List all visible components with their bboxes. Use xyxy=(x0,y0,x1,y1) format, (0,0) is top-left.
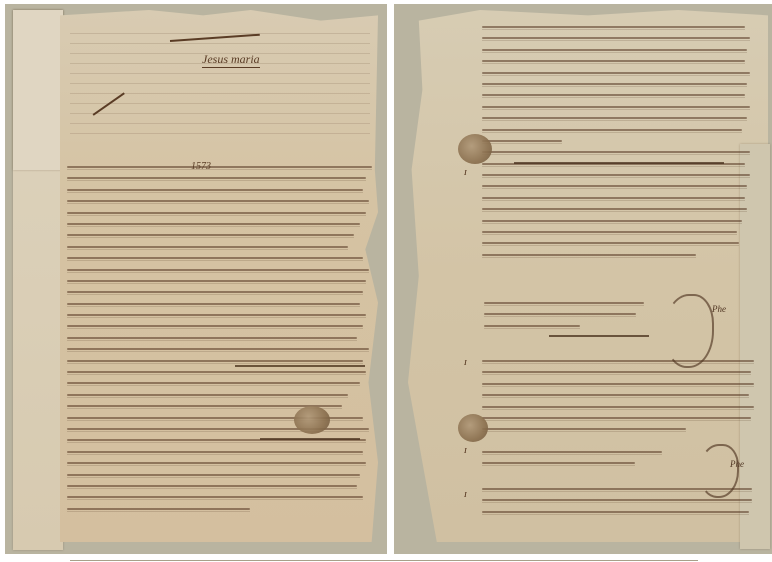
section-rule xyxy=(514,162,724,164)
right-handwritten-text-top xyxy=(482,26,750,265)
right-text-block-2 xyxy=(484,302,644,336)
section-rule xyxy=(549,335,649,337)
right-manuscript-photo: Phe Phe ɪ ɪ ɪ ɪ xyxy=(394,4,772,554)
signature: Phe xyxy=(712,304,726,314)
page-header: Jesus maria xyxy=(202,52,260,68)
section-rule xyxy=(235,365,365,367)
ink-stain xyxy=(294,406,330,434)
margin-mark: ɪ xyxy=(464,166,467,178)
ink-stain xyxy=(458,414,488,442)
margin-mark: ɪ xyxy=(464,488,467,500)
ink-stain xyxy=(458,134,492,164)
left-manuscript-photo: Jesus maria 1573 xyxy=(5,4,387,554)
paper-repair-patch xyxy=(13,10,63,170)
caption-divider xyxy=(70,560,698,561)
left-handwritten-text xyxy=(67,166,372,519)
signature: Phe xyxy=(730,459,744,469)
signature-flourish xyxy=(699,444,739,498)
right-text-block-3 xyxy=(482,360,754,440)
margin-mark: ɪ xyxy=(464,444,467,456)
section-rule xyxy=(260,438,360,440)
right-text-block-4 xyxy=(482,451,662,474)
signature-flourish xyxy=(664,294,714,368)
faded-text-area xyxy=(70,24,370,139)
margin-mark: ɪ xyxy=(464,356,467,368)
